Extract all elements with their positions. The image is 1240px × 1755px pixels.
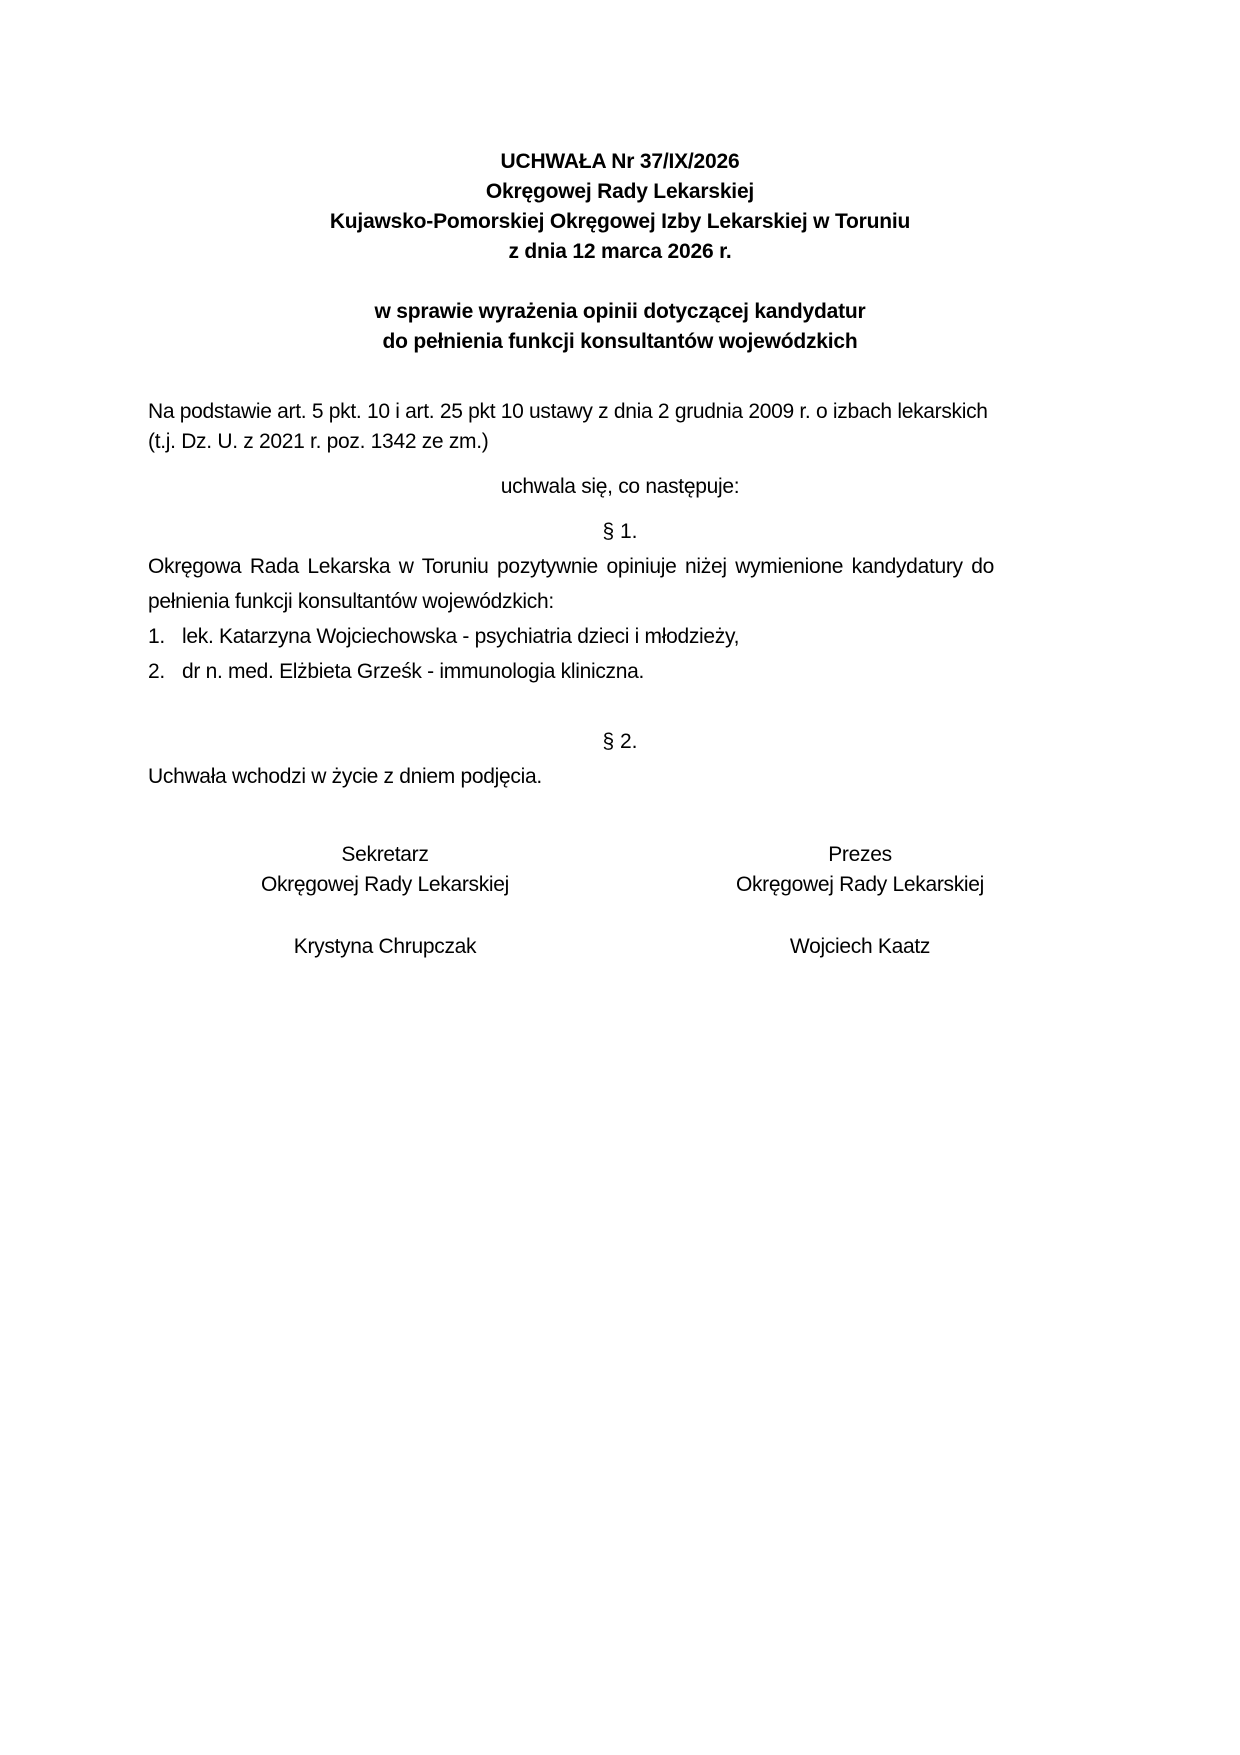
legal-basis-line-1: Na podstawie art. 5 pkt. 10 i art. 25 pk… bbox=[148, 400, 1093, 424]
list-item: 2.dr n. med. Elżbieta Grześk - immunolog… bbox=[148, 660, 1093, 684]
secretary-body: Okręgowej Rady Lekarskiej bbox=[185, 873, 585, 897]
resolution-date: z dnia 12 marca 2026 r. bbox=[0, 240, 1240, 264]
president-name: Wojciech Kaatz bbox=[660, 935, 1060, 959]
list-item-number: 2. bbox=[148, 660, 182, 684]
resolution-title: UCHWAŁA Nr 37/IX/2026 bbox=[0, 150, 1240, 174]
section-1-text-line-1: Okręgowa Rada Lekarska w Toruniu pozytyw… bbox=[148, 555, 1093, 579]
list-item-text: lek. Katarzyna Wojciechowska - psychiatr… bbox=[182, 625, 739, 648]
resolves-clause: uchwala się, co następuje: bbox=[0, 475, 1240, 499]
subject-line-1: w sprawie wyrażenia opinii dotyczącej ka… bbox=[0, 300, 1240, 324]
president-body: Okręgowej Rady Lekarskiej bbox=[660, 873, 1060, 897]
list-item-number: 1. bbox=[148, 625, 182, 649]
section-1-heading: § 1. bbox=[0, 520, 1240, 544]
council-name: Okręgowej Rady Lekarskiej bbox=[0, 180, 1240, 204]
document-page: UCHWAŁA Nr 37/IX/2026 Okręgowej Rady Lek… bbox=[0, 0, 1240, 1755]
section-2-heading: § 2. bbox=[0, 730, 1240, 754]
secretary-role: Sekretarz bbox=[185, 843, 585, 867]
secretary-name: Krystyna Chrupczak bbox=[185, 935, 585, 959]
chamber-name: Kujawsko-Pomorskiej Okręgowej Izby Lekar… bbox=[0, 210, 1240, 234]
list-item-text: dr n. med. Elżbieta Grześk - immunologia… bbox=[182, 660, 644, 683]
legal-basis-line-2: (t.j. Dz. U. z 2021 r. poz. 1342 ze zm.) bbox=[148, 430, 1093, 454]
president-role: Prezes bbox=[660, 843, 1060, 867]
section-2-text: Uchwała wchodzi w życie z dniem podjęcia… bbox=[148, 765, 1093, 789]
list-item: 1.lek. Katarzyna Wojciechowska - psychia… bbox=[148, 625, 1093, 649]
subject-line-2: do pełnienia funkcji konsultantów wojewó… bbox=[0, 330, 1240, 354]
section-1-text-line-2: pełnienia funkcji konsultantów wojewódzk… bbox=[148, 590, 1093, 614]
